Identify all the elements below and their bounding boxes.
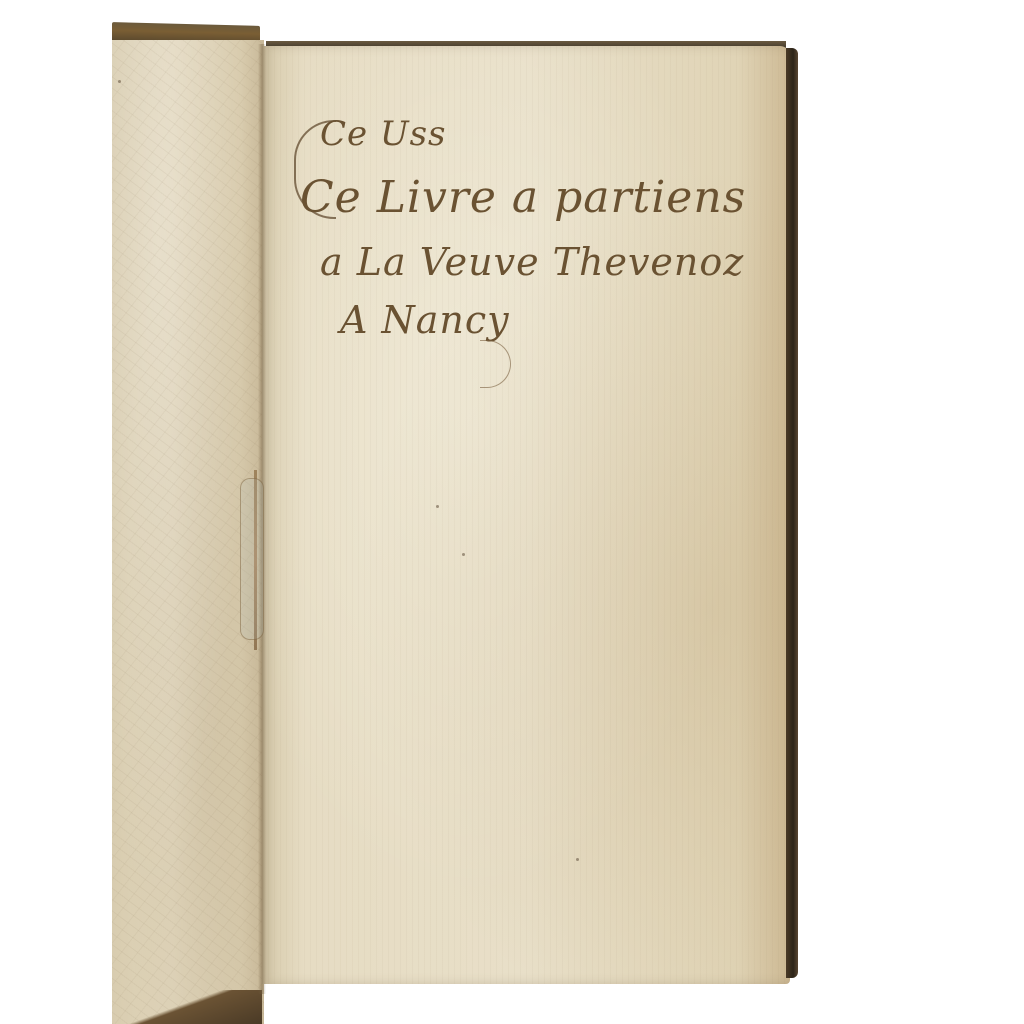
hinge-repair-patch (240, 478, 264, 640)
pen-flourish (480, 340, 511, 388)
handwritten-inscription: Ce Uss Ce Livre a partiens a La Veuve Th… (290, 100, 760, 400)
inscription-line-4: A Nancy (340, 298, 510, 342)
foxing-spot (462, 553, 465, 556)
inscription-line-3: a La Veuve Thevenoz (320, 240, 744, 284)
inscription-line-1: Ce Uss (320, 114, 447, 154)
inscription-line-2: Ce Livre a partiens (300, 172, 746, 223)
foxing-spot (436, 505, 439, 508)
book-photo: Ce Uss Ce Livre a partiens a La Veuve Th… (0, 0, 1024, 1024)
foxing-spot (576, 858, 579, 861)
foxing-spot (118, 80, 121, 83)
cover-fore-edge (786, 48, 798, 978)
cover-bottom-edge (112, 990, 262, 1024)
